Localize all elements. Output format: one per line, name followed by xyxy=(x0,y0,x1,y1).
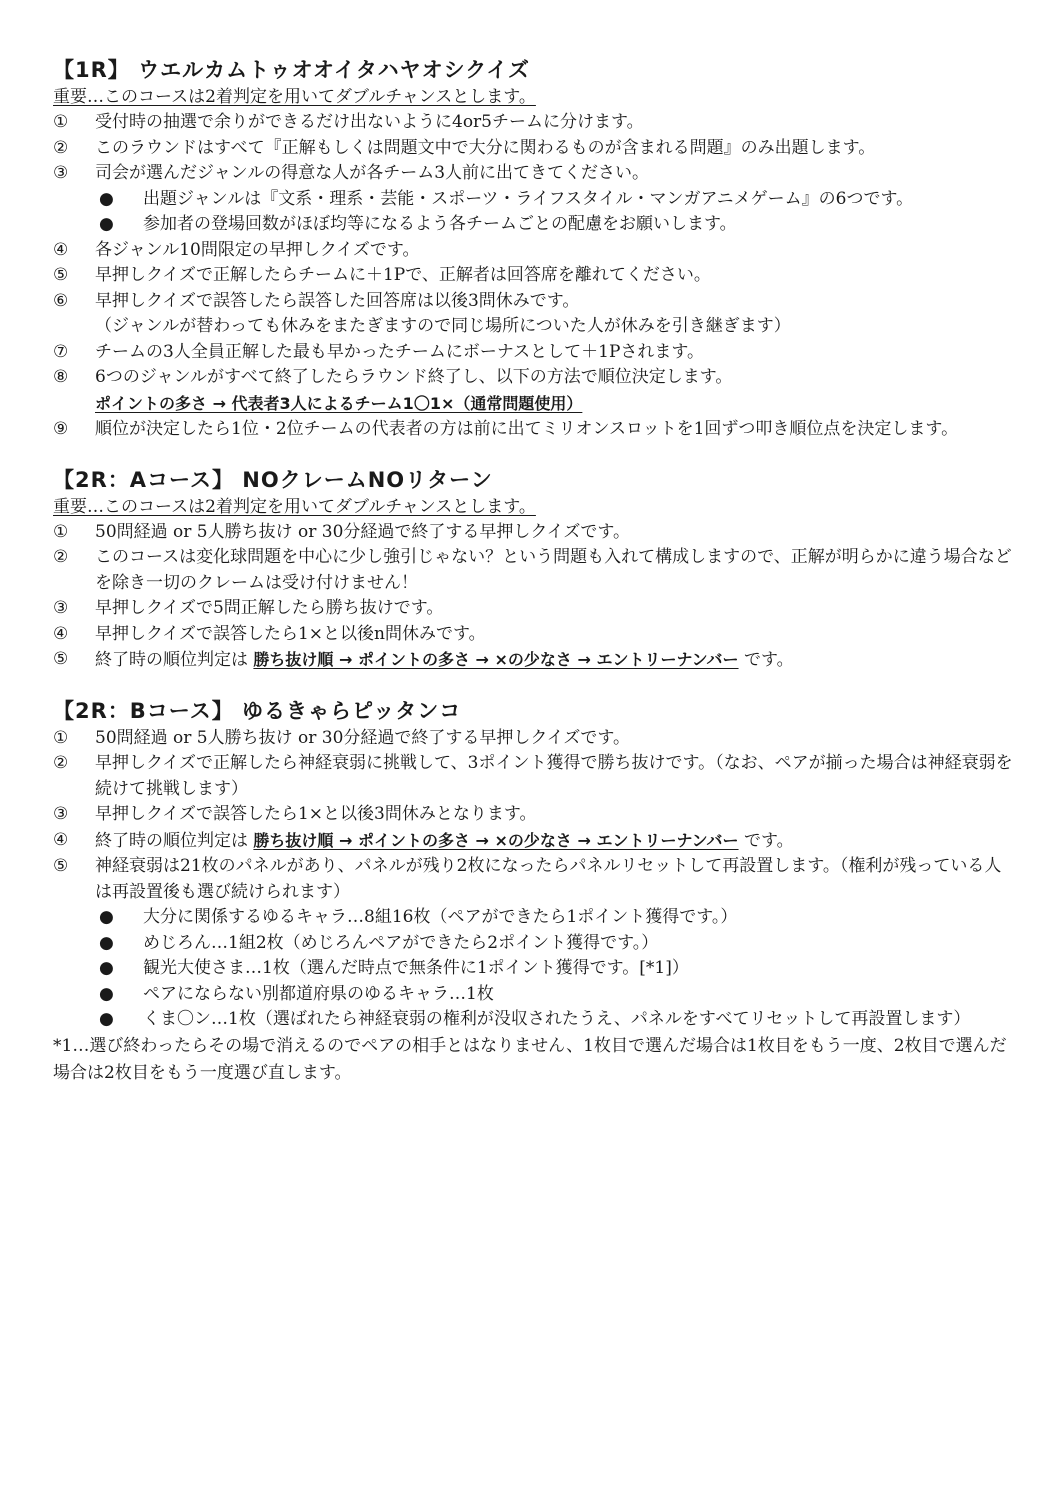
ranking-order: 勝ち抜け順 → ポイントの多さ → ×の少なさ → エントリーナンバー xyxy=(253,650,738,669)
item-text: チームの3人全員正解した最も早かったチームにボーナスとして＋1Pされます。 xyxy=(95,340,1013,366)
important-note: 重要…このコースは2着判定を用いてダブルチャンスとします。 xyxy=(53,495,536,520)
bullet-icon: ● xyxy=(95,956,143,982)
item-number: ⑤ xyxy=(53,647,95,674)
item-subline: ポイントの多さ → 代表者3人によるチーム1〇1×（通常問題使用） xyxy=(53,391,1013,418)
bullet-text: 参加者の登場回数がほぼ均等になるよう各チームごとの配慮をお願いします。 xyxy=(143,212,1013,238)
list-item: ② このコースは変化球問題を中心に少し強引じゃない？という問題も入れて構成します… xyxy=(53,545,1013,596)
item-text: 50問経過 or 5人勝ち抜け or 30分経過で終了する早押しクイズです。 xyxy=(95,726,1013,752)
item-subline: （ジャンルが替わっても休みをまたぎますので同じ場所についた人が休みを引き継ぎます… xyxy=(53,314,1013,340)
item-text-before: 終了時の順位判定は xyxy=(95,831,253,851)
item-number: ③ xyxy=(53,596,95,622)
bullet-item: ● 観光大使さま…1枚（選んだ時点で無条件に1ポイント獲得です。[*1]） xyxy=(53,956,1013,982)
bullet-item: ● めじろん…1組2枚（めじろんペアができたら2ポイント獲得です。） xyxy=(53,931,1013,957)
item-number: ① xyxy=(53,110,95,136)
bullet-text: くま〇ン…1枚（選ばれたら神経衰弱の権利が没収されたうえ、パネルをすべてリセット… xyxy=(143,1007,1013,1033)
item-number: ② xyxy=(53,136,95,162)
item-number: ③ xyxy=(53,802,95,828)
item-number: ④ xyxy=(53,622,95,648)
list-item: ② 早押しクイズで正解したら神経衰弱に挑戦して、3ポイント獲得で勝ち抜けです。（… xyxy=(53,751,1013,802)
section-1r: 【1R】 ウエルカムトゥオオイタハヤオシクイズ 重要…このコースは2着判定を用い… xyxy=(53,55,1013,443)
item-text: このコースは変化球問題を中心に少し強引じゃない？という問題も入れて構成しますので… xyxy=(95,545,1013,596)
list-item: ⑨ 順位が決定したら1位・2位チームの代表者の方は前に出てミリオンスロットを1回… xyxy=(53,417,1013,443)
bullet-icon: ● xyxy=(95,187,143,213)
bullet-text: 観光大使さま…1枚（選んだ時点で無条件に1ポイント獲得です。[*1]） xyxy=(143,956,1013,982)
item-number: ① xyxy=(53,520,95,546)
list-item: ⑦ チームの3人全員正解した最も早かったチームにボーナスとして＋1Pされます。 xyxy=(53,340,1013,366)
section-2r-a: 【2R：Aコース】 NOクレームNOリターン 重要…このコースは2着判定を用いて… xyxy=(53,465,1013,674)
item-number: ④ xyxy=(53,238,95,264)
item-number: ⑧ xyxy=(53,365,95,391)
item-text: 終了時の順位判定は 勝ち抜け順 → ポイントの多さ → ×の少なさ → エントリ… xyxy=(95,647,1013,674)
ranking-order: 勝ち抜け順 → ポイントの多さ → ×の少なさ → エントリーナンバー xyxy=(253,831,738,850)
bullet-item: ● 大分に関係するゆるキャラ…8組16枚（ペアができたら1ポイント獲得です。） xyxy=(53,905,1013,931)
item-text-before: 終了時の順位判定は xyxy=(95,650,253,670)
item-number: ③ xyxy=(53,161,95,187)
list-item: ⑤ 終了時の順位判定は 勝ち抜け順 → ポイントの多さ → ×の少なさ → エン… xyxy=(53,647,1013,674)
item-text: 早押しクイズで誤答したら誤答した回答席は以後3問休みです。 xyxy=(95,289,1013,315)
list-item: ⑤ 早押しクイズで正解したらチームに＋1Pで、正解者は回答席を離れてください。 xyxy=(53,263,1013,289)
item-number: ④ xyxy=(53,828,95,855)
bullet-text: めじろん…1組2枚（めじろんペアができたら2ポイント獲得です。） xyxy=(143,931,1013,957)
item-text: 早押しクイズで誤答したら1×と以後n問休みです。 xyxy=(95,622,1013,648)
ranking-method: ポイントの多さ → 代表者3人によるチーム1〇1×（通常問題使用） xyxy=(95,394,582,413)
item-text-after: です。 xyxy=(739,831,794,851)
list-item: ④ 早押しクイズで誤答したら1×と以後n問休みです。 xyxy=(53,622,1013,648)
bullet-icon: ● xyxy=(95,905,143,931)
item-number: ⑥ xyxy=(53,289,95,315)
item-text: 順位が決定したら1位・2位チームの代表者の方は前に出てミリオンスロットを1回ずつ… xyxy=(95,417,1013,443)
item-text-after: です。 xyxy=(739,650,794,670)
bullet-item: ● くま〇ン…1枚（選ばれたら神経衰弱の権利が没収されたうえ、パネルをすべてリセ… xyxy=(53,1007,1013,1033)
list-item: ④ 各ジャンル10問限定の早押しクイズです。 xyxy=(53,238,1013,264)
item-text: 終了時の順位判定は 勝ち抜け順 → ポイントの多さ → ×の少なさ → エントリ… xyxy=(95,828,1013,855)
section-2r-b: 【2R：Bコース】 ゆるきゃらピッタンコ ① 50問経過 or 5人勝ち抜け o… xyxy=(53,696,1013,1087)
item-text: このラウンドはすべて『正解もしくは問題文中で大分に関わるものが含まれる問題』のみ… xyxy=(95,136,1013,162)
item-number: ⑤ xyxy=(53,854,95,905)
item-text: 早押しクイズで正解したらチームに＋1Pで、正解者は回答席を離れてください。 xyxy=(95,263,1013,289)
bullet-item: ● 出題ジャンルは『文系・理系・芸能・スポーツ・ライフスタイル・マンガアニメゲー… xyxy=(53,187,1013,213)
list-item: ③ 司会が選んだジャンルの得意な人が各チーム3人前に出てきてください。 xyxy=(53,161,1013,187)
item-text: 司会が選んだジャンルの得意な人が各チーム3人前に出てきてください。 xyxy=(95,161,1013,187)
list-item: ① 受付時の抽選で余りができるだけ出ないように4or5チームに分けます。 xyxy=(53,110,1013,136)
list-item: ④ 終了時の順位判定は 勝ち抜け順 → ポイントの多さ → ×の少なさ → エン… xyxy=(53,828,1013,855)
list-item: ⑧ 6つのジャンルがすべて終了したらラウンド終了し、以下の方法で順位決定します。 xyxy=(53,365,1013,391)
item-text: 50問経過 or 5人勝ち抜け or 30分経過で終了する早押しクイズです。 xyxy=(95,520,1013,546)
document-page: 【1R】 ウエルカムトゥオオイタハヤオシクイズ 重要…このコースは2着判定を用い… xyxy=(53,55,1013,1109)
bullet-item: ● 参加者の登場回数がほぼ均等になるよう各チームごとの配慮をお願いします。 xyxy=(53,212,1013,238)
section-title: 【1R】 ウエルカムトゥオオイタハヤオシクイズ xyxy=(53,55,1013,85)
item-number: ② xyxy=(53,545,95,596)
list-item: ⑤ 神経衰弱は21枚のパネルがあり、パネルが残り2枚になったらパネルリセットして… xyxy=(53,854,1013,905)
item-text: 神経衰弱は21枚のパネルがあり、パネルが残り2枚になったらパネルリセットして再設… xyxy=(95,854,1013,905)
section-title: 【2R：Bコース】 ゆるきゃらピッタンコ xyxy=(53,696,1013,726)
list-item: ③ 早押しクイズで誤答したら1×と以後3問休みとなります。 xyxy=(53,802,1013,828)
bullet-text: 大分に関係するゆるキャラ…8組16枚（ペアができたら1ポイント獲得です。） xyxy=(143,905,1013,931)
item-text: 早押しクイズで正解したら神経衰弱に挑戦して、3ポイント獲得で勝ち抜けです。（なお… xyxy=(95,751,1013,802)
footnote: *1…選び終わったらその場で消えるのでペアの相手とはなりません、1枚目で選んだ場… xyxy=(53,1033,1013,1087)
list-item: ③ 早押しクイズで5問正解したら勝ち抜けです。 xyxy=(53,596,1013,622)
bullet-text: 出題ジャンルは『文系・理系・芸能・スポーツ・ライフスタイル・マンガアニメゲーム』… xyxy=(143,187,1013,213)
bullet-icon: ● xyxy=(95,212,143,238)
list-item: ① 50問経過 or 5人勝ち抜け or 30分経過で終了する早押しクイズです。 xyxy=(53,726,1013,752)
list-item: ① 50問経過 or 5人勝ち抜け or 30分経過で終了する早押しクイズです。 xyxy=(53,520,1013,546)
item-text: 各ジャンル10問限定の早押しクイズです。 xyxy=(95,238,1013,264)
item-text: 受付時の抽選で余りができるだけ出ないように4or5チームに分けます。 xyxy=(95,110,1013,136)
item-number: ② xyxy=(53,751,95,802)
bullet-icon: ● xyxy=(95,931,143,957)
bullet-text: ペアにならない別都道府県のゆるキャラ…1枚 xyxy=(143,982,1013,1008)
important-note: 重要…このコースは2着判定を用いてダブルチャンスとします。 xyxy=(53,85,536,110)
list-item: ② このラウンドはすべて『正解もしくは問題文中で大分に関わるものが含まれる問題』… xyxy=(53,136,1013,162)
item-text: 6つのジャンルがすべて終了したらラウンド終了し、以下の方法で順位決定します。 xyxy=(95,365,1013,391)
item-text: 早押しクイズで誤答したら1×と以後3問休みとなります。 xyxy=(95,802,1013,828)
bullet-item: ● ペアにならない別都道府県のゆるキャラ…1枚 xyxy=(53,982,1013,1008)
bullet-icon: ● xyxy=(95,982,143,1008)
section-title: 【2R：Aコース】 NOクレームNOリターン xyxy=(53,465,1013,495)
item-number: ① xyxy=(53,726,95,752)
item-number: ⑦ xyxy=(53,340,95,366)
list-item: ⑥ 早押しクイズで誤答したら誤答した回答席は以後3問休みです。 xyxy=(53,289,1013,315)
item-number: ⑨ xyxy=(53,417,95,443)
bullet-icon: ● xyxy=(95,1007,143,1033)
item-text: 早押しクイズで5問正解したら勝ち抜けです。 xyxy=(95,596,1013,622)
item-number: ⑤ xyxy=(53,263,95,289)
